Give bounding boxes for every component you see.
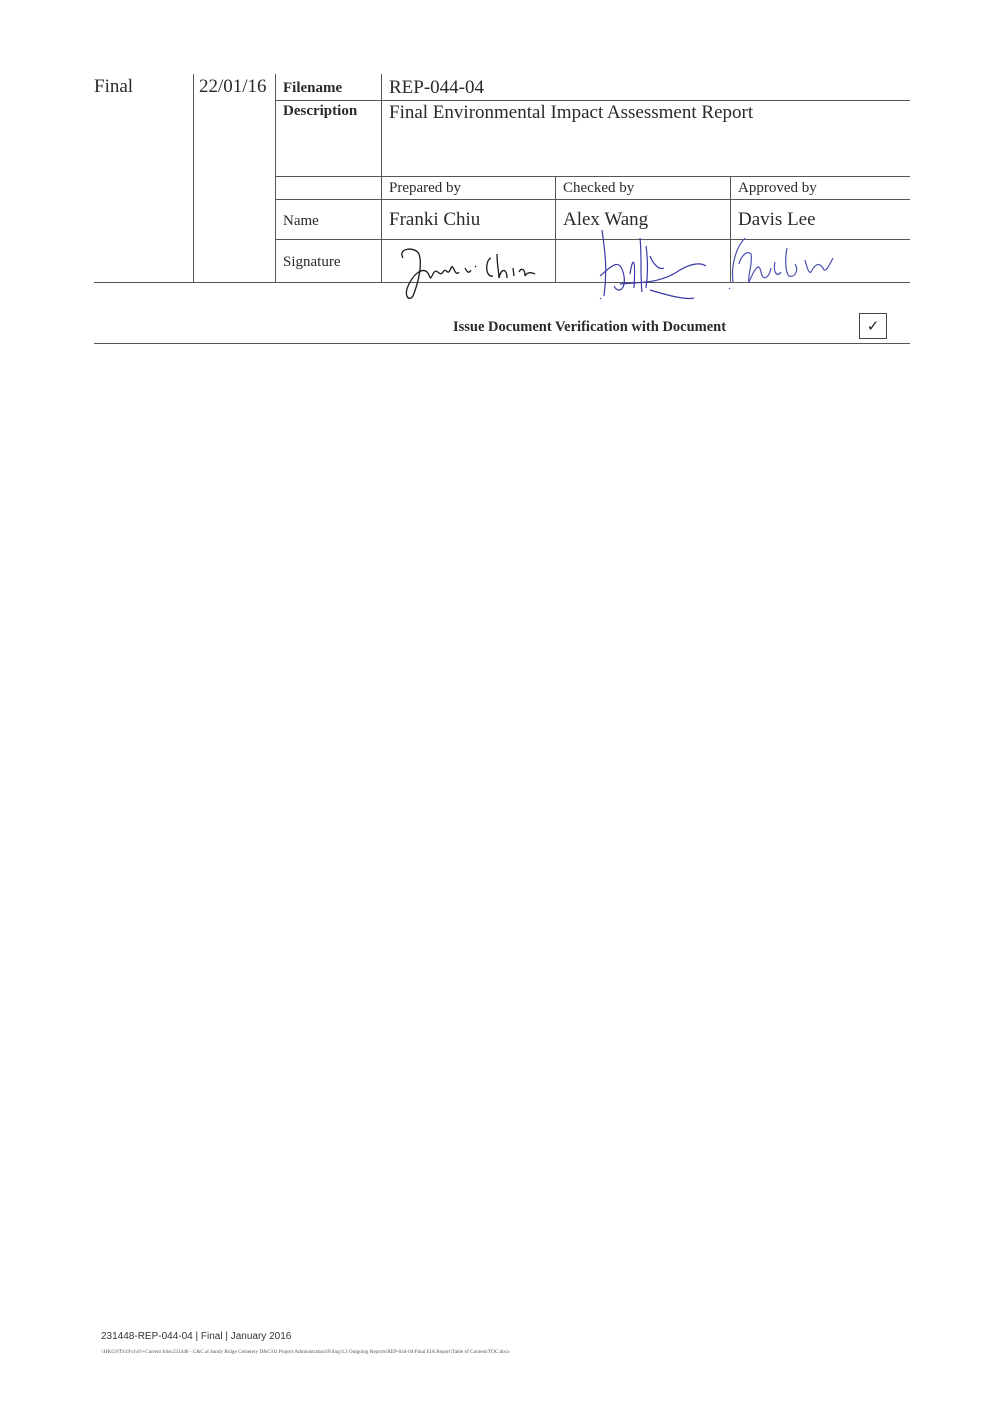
signature-prepared-by xyxy=(395,238,555,304)
header-checked-by: Checked by xyxy=(563,180,634,197)
footer-file-path: \\HKGNTS19\civil\+Current Jobs\231448 - … xyxy=(101,1349,510,1355)
signature-label: Signature xyxy=(283,254,341,271)
verification-checkbox[interactable]: ✓ xyxy=(859,313,887,339)
signature-checked-by xyxy=(590,226,720,302)
name-label: Name xyxy=(283,213,319,230)
table-divider xyxy=(555,176,556,283)
filename-value: REP-044-04 xyxy=(389,77,484,99)
prepared-by-name: Franki Chiu xyxy=(389,209,480,231)
table-divider xyxy=(275,74,276,283)
table-divider xyxy=(381,74,382,283)
checkmark-icon: ✓ xyxy=(867,317,880,336)
description-label: Description xyxy=(283,103,357,120)
header-prepared-by: Prepared by xyxy=(389,180,461,197)
table-divider xyxy=(275,100,910,101)
signature-approved-by xyxy=(725,228,865,292)
table-divider xyxy=(193,74,194,283)
issue-status: Final xyxy=(94,76,133,98)
verification-label: Issue Document Verification with Documen… xyxy=(453,319,726,336)
filename-label: Filename xyxy=(283,80,342,97)
table-divider xyxy=(275,176,910,177)
verification-divider xyxy=(94,343,910,344)
issue-date: 22/01/16 xyxy=(199,76,267,98)
footer-reference: 231448-REP-044-04 | Final | January 2016 xyxy=(101,1331,291,1342)
description-value: Final Environmental Impact Assessment Re… xyxy=(389,102,753,124)
table-divider xyxy=(275,199,910,200)
header-approved-by: Approved by xyxy=(738,180,817,197)
